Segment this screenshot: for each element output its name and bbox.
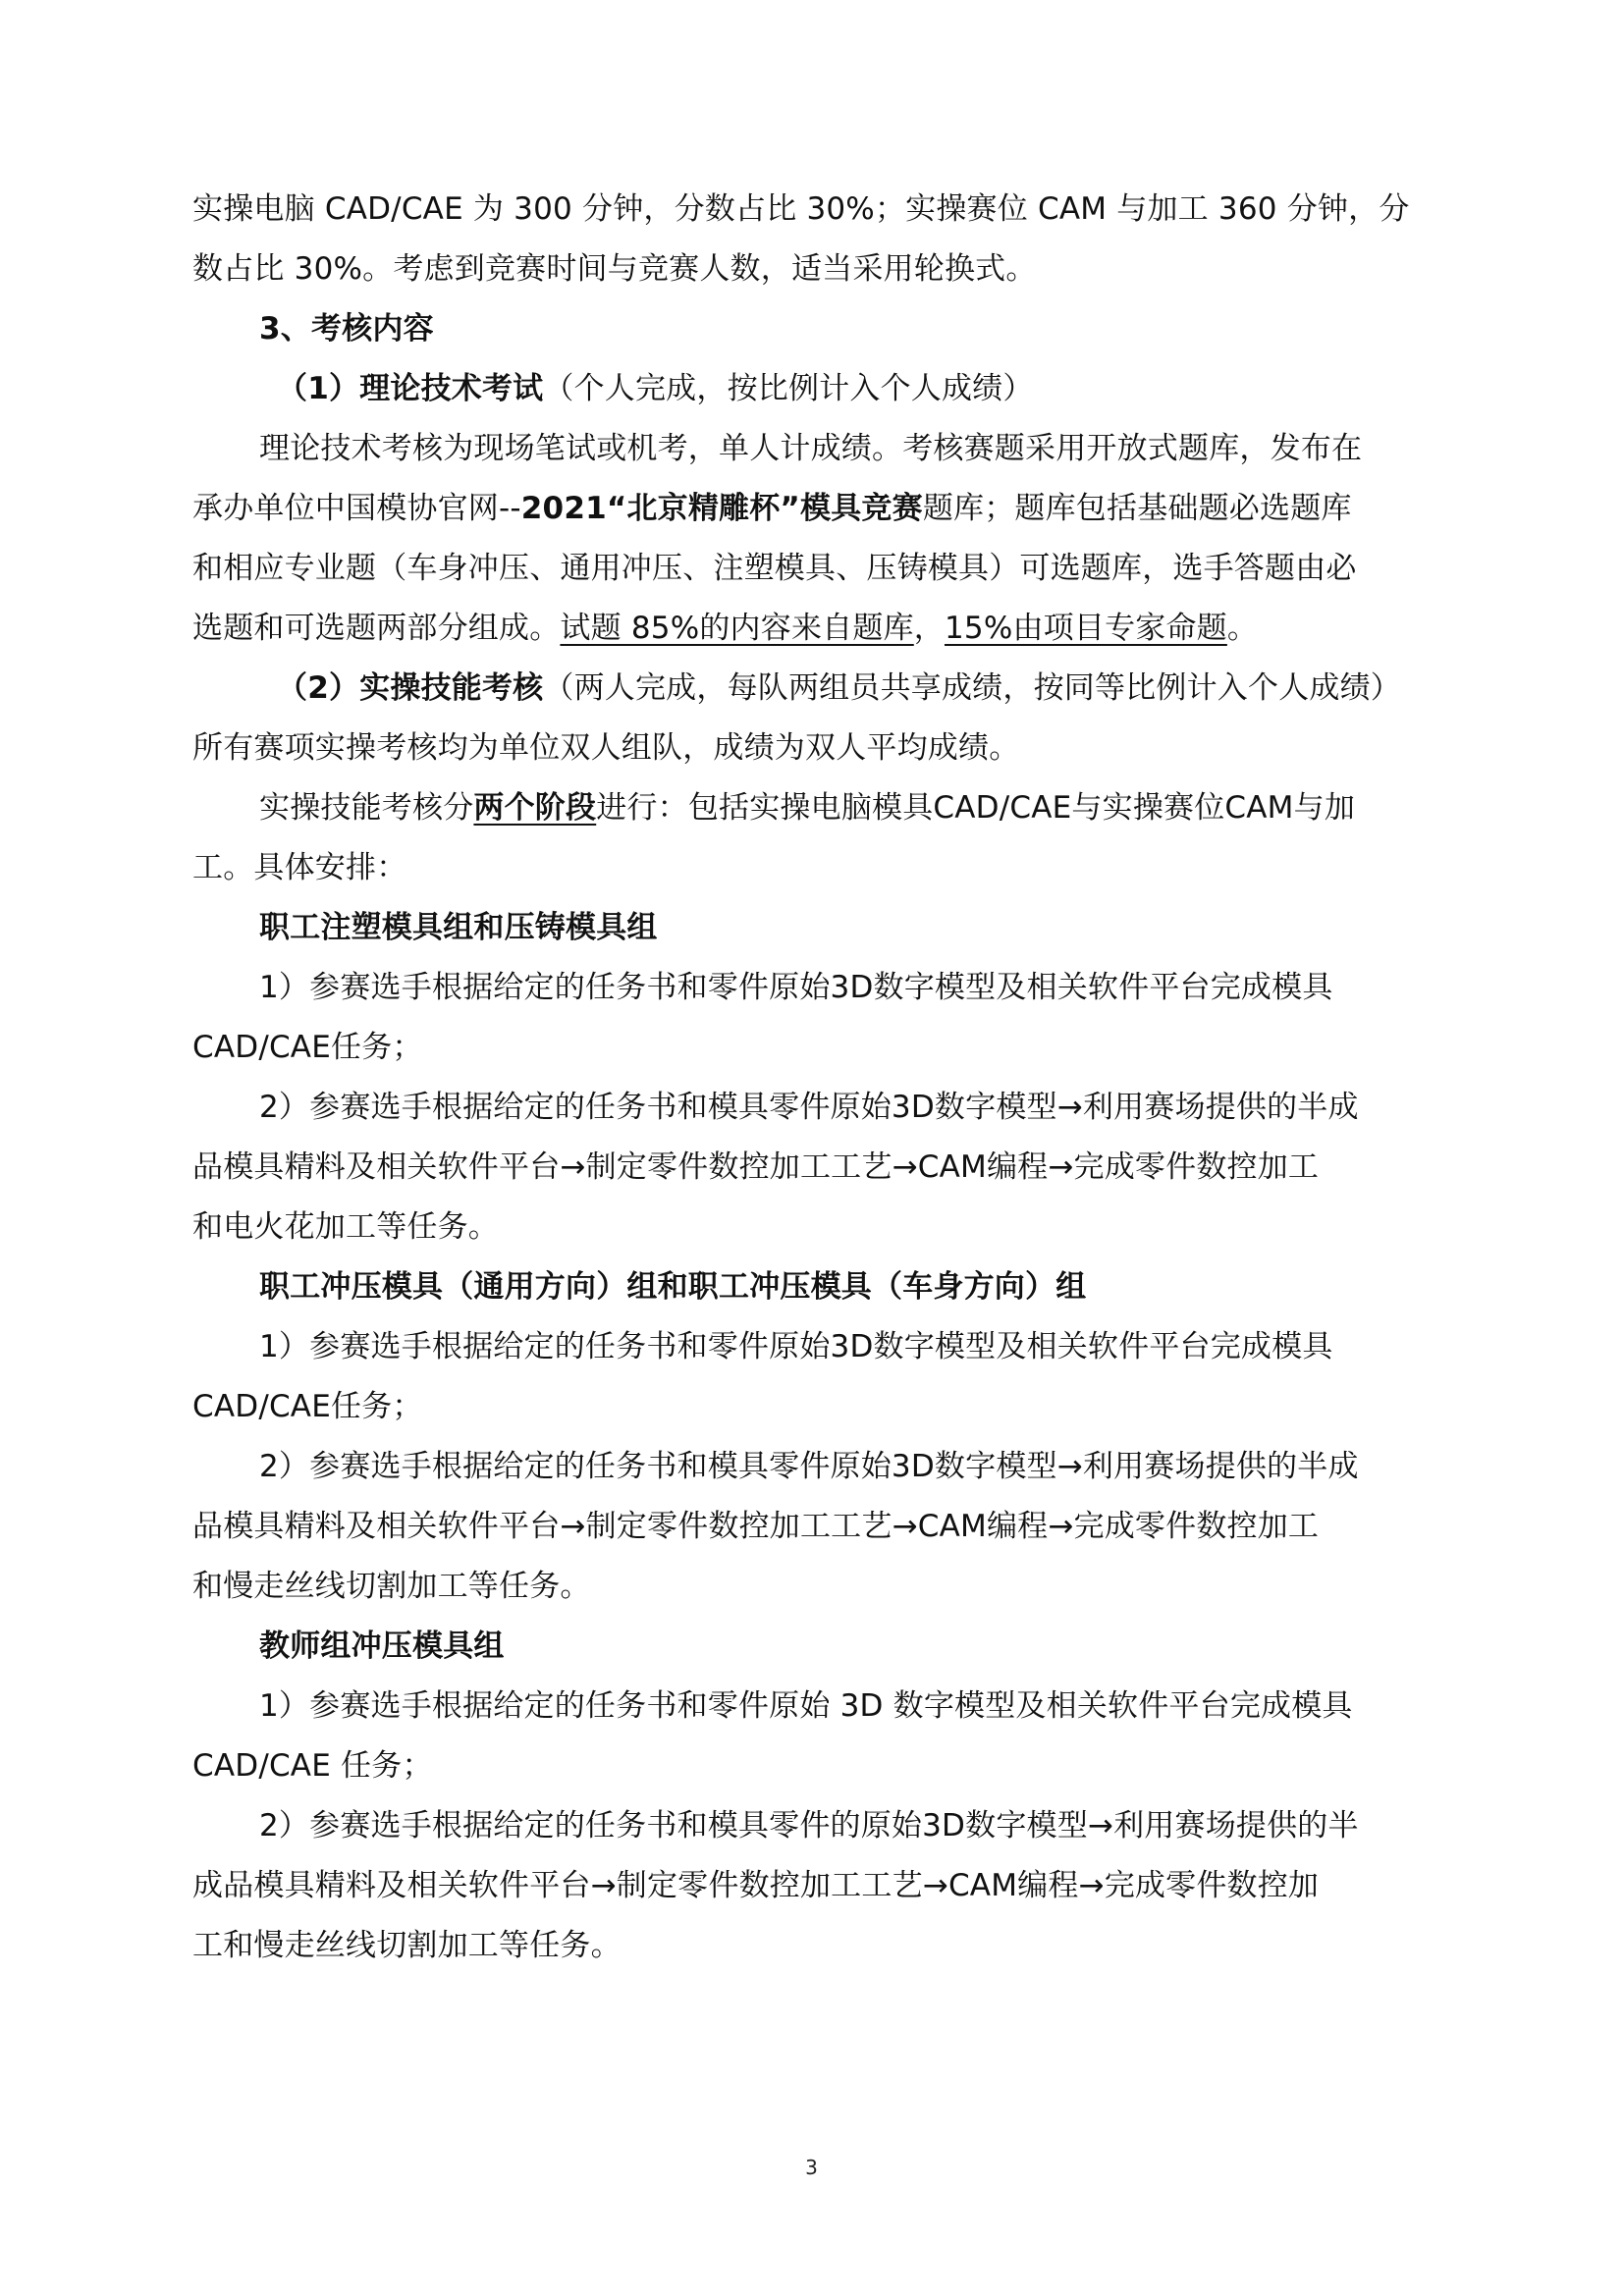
- competition-name: 2021“北京精雕杯”模具竞赛: [521, 491, 923, 526]
- paragraph-line: 工。具体安排：: [192, 838, 1451, 898]
- underlined-text: 试题 85%的内容来自题库: [560, 611, 913, 646]
- paragraph-line: 和相应专业题（车身冲压、通用冲压、注塑模具、压铸模具）可选题库，选手答题由必: [192, 539, 1451, 599]
- list-item-line: 1）参赛选手根据给定的任务书和零件原始3D数字模型及相关软件平台完成模具: [192, 958, 1451, 1018]
- text-run: 。: [1227, 611, 1258, 646]
- list-item-line: CAD/CAE任务；: [192, 1018, 1451, 1078]
- subsection-title: （2）实操技能考核: [277, 670, 543, 706]
- paragraph-line: 理论技术考核为现场笔试或机考，单人计成绩。考核赛题采用开放式题库，发布在: [192, 419, 1451, 479]
- emphasis-text: 两个阶段: [473, 790, 596, 826]
- paragraph-line: 选题和可选题两部分组成。试题 85%的内容来自题库，15%由项目专家命题。: [192, 599, 1451, 659]
- paragraph-line: 实操电脑 CAD/CAE 为 300 分钟，分数占比 30%；实操赛位 CAM …: [192, 180, 1451, 240]
- group-title: 教师组冲压模具组: [192, 1617, 1451, 1677]
- list-item-line: 2）参赛选手根据给定的任务书和模具零件原始3D数字模型→利用赛场提供的半成: [192, 1078, 1451, 1138]
- group-title: 职工冲压模具（通用方向）组和职工冲压模具（车身方向）组: [192, 1257, 1451, 1317]
- text-run: 进行：包括实操电脑模具CAD/CAE与实操赛位CAM与加: [596, 790, 1355, 826]
- paragraph-line: 所有赛项实操考核均为单位双人组队，成绩为双人平均成绩。: [192, 719, 1451, 778]
- section-heading: 3、考核内容: [192, 299, 1451, 359]
- list-item-line: 和慢走丝线切割加工等任务。: [192, 1557, 1451, 1617]
- paragraph-line: 承办单位中国模协官网--2021“北京精雕杯”模具竞赛题库；题库包括基础题必选题…: [192, 479, 1451, 539]
- text-run: ，: [914, 611, 945, 646]
- subsection-title: （1）理论技术考试: [277, 371, 543, 406]
- list-item-line: 2）参赛选手根据给定的任务书和模具零件的原始3D数字模型→利用赛场提供的半: [192, 1796, 1451, 1856]
- list-item-line: 2）参赛选手根据给定的任务书和模具零件原始3D数字模型→利用赛场提供的半成: [192, 1437, 1451, 1497]
- underlined-text: 15%由项目专家命题: [945, 611, 1227, 646]
- list-item-line: 和电火花加工等任务。: [192, 1198, 1451, 1257]
- document-page: 实操电脑 CAD/CAE 为 300 分钟，分数占比 30%；实操赛位 CAM …: [192, 180, 1451, 1976]
- list-item-line: 1）参赛选手根据给定的任务书和零件原始 3D 数字模型及相关软件平台完成模具: [192, 1677, 1451, 1736]
- text-run: 实操技能考核分: [259, 790, 473, 826]
- list-item-line: 品模具精料及相关软件平台→制定零件数控加工工艺→CAM编程→完成零件数控加工: [192, 1138, 1451, 1198]
- subsection-note: （个人完成，按比例计入个人成绩）: [543, 371, 1033, 406]
- list-item-line: 1）参赛选手根据给定的任务书和零件原始3D数字模型及相关软件平台完成模具: [192, 1317, 1451, 1377]
- list-item-line: 成品模具精料及相关软件平台→制定零件数控加工工艺→CAM编程→完成零件数控加: [192, 1856, 1451, 1916]
- subsection-heading-theory: （1）理论技术考试（个人完成，按比例计入个人成绩）: [192, 359, 1451, 419]
- text-run: 承办单位中国模协官网--: [192, 491, 521, 526]
- text-run: 题库；题库包括基础题必选题库: [923, 491, 1352, 526]
- paragraph-line: 数占比 30%。考虑到竞赛时间与竞赛人数，适当采用轮换式。: [192, 240, 1451, 299]
- text-run: 选题和可选题两部分组成。: [192, 611, 560, 646]
- page-number: 3: [0, 2156, 1623, 2179]
- group-title: 职工注塑模具组和压铸模具组: [192, 898, 1451, 958]
- paragraph-line: 实操技能考核分两个阶段进行：包括实操电脑模具CAD/CAE与实操赛位CAM与加: [192, 778, 1451, 838]
- list-item-line: 工和慢走丝线切割加工等任务。: [192, 1916, 1451, 1976]
- subsection-heading-practical: （2）实操技能考核（两人完成，每队两组员共享成绩，按同等比例计入个人成绩）: [192, 659, 1451, 719]
- subsection-note: （两人完成，每队两组员共享成绩，按同等比例计入个人成绩）: [543, 670, 1401, 706]
- list-item-line: CAD/CAE任务；: [192, 1377, 1451, 1437]
- list-item-line: 品模具精料及相关软件平台→制定零件数控加工工艺→CAM编程→完成零件数控加工: [192, 1497, 1451, 1557]
- list-item-line: CAD/CAE 任务；: [192, 1736, 1451, 1796]
